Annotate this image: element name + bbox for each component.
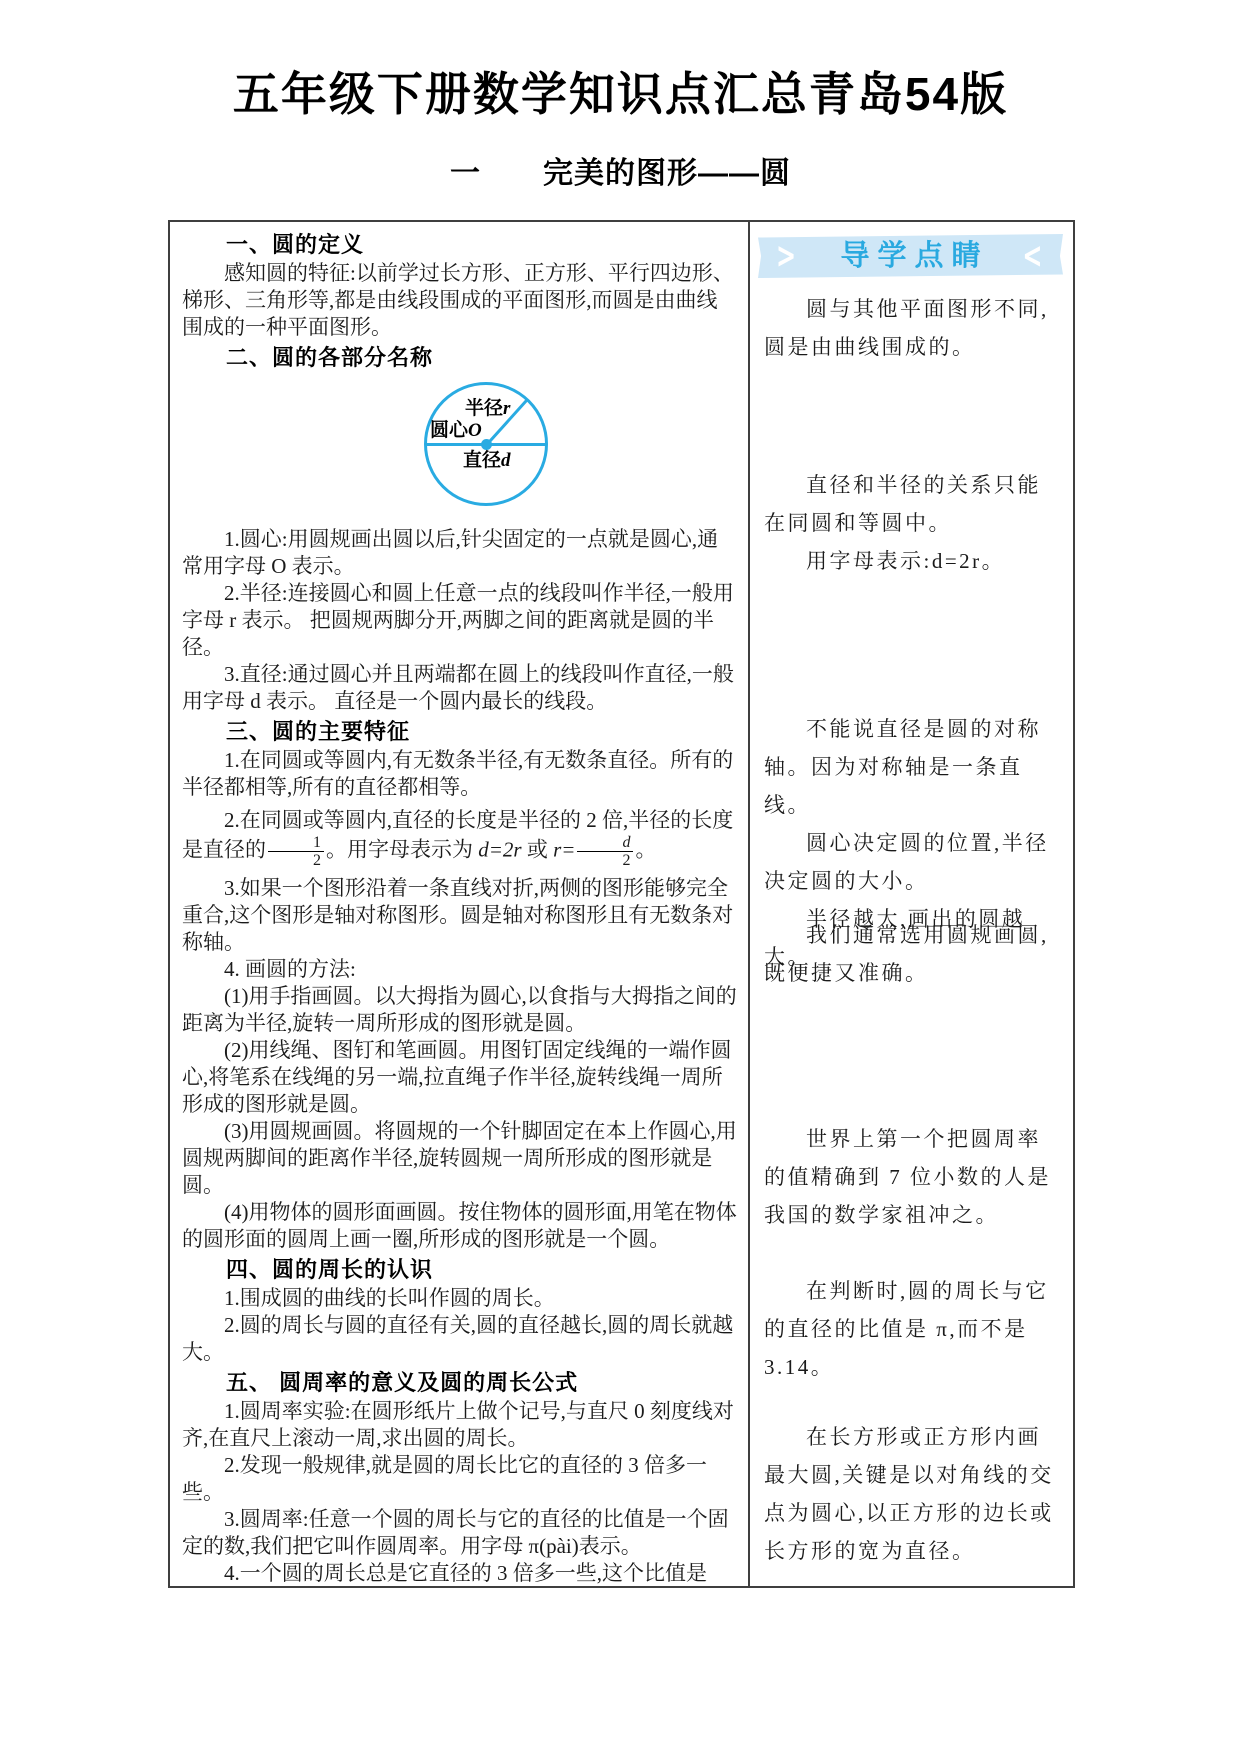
paragraph-circle-perception: 感知圆的特征:以前学过长方形、正方形、平行四边形、梯形、三角形等,都是由线段围成…: [182, 260, 738, 341]
section-heading-circle-features: 三、圆的主要特征: [182, 717, 738, 746]
paragraph-feature-1: 1.在同圆或等圆内,有无数条半径,有无数条直径。所有的半径都相等,所有的直径都相…: [182, 747, 738, 801]
sidebar-note-max-circle: 在长方形或正方形内画最大圆,关键是以对角线的交点为圆心,以正方形的边长或长方形的…: [750, 1418, 1073, 1570]
section-heading-pi: 五、 圆周率的意义及圆的周长公式: [182, 1368, 738, 1397]
center-label-cn: 圆心: [430, 420, 468, 441]
fraction-numerator: d: [577, 834, 633, 852]
sidebar-banner: > 导学点睛 <: [758, 234, 1063, 278]
paragraph-pi-definition: 3.圆周率:任意一个圆的周长与它的直径的比值是一个固定的数,我们把它叫作圆周率。…: [182, 1506, 738, 1560]
formula-text-or: 或: [522, 837, 554, 861]
chevron-left-icon: <: [1022, 238, 1045, 274]
fraction-numerator: 1: [268, 834, 324, 852]
main-column: 一、圆的定义 感知圆的特征:以前学过长方形、正方形、平行四边形、梯形、三角形等,…: [170, 222, 748, 1586]
center-label-var: O: [468, 420, 482, 441]
note-line: 用字母表示:d=2r。: [764, 542, 1059, 580]
paragraph-feature-2-formula: 2.在同圆或等圆内,直径的长度是半径的 2 倍,半径的长度是直径的12。用字母表…: [182, 801, 738, 875]
diameter-label: 直径d: [463, 451, 511, 471]
sidebar-note-compass: 我们通常选用圆规画圆,既便捷又准确。: [750, 916, 1073, 992]
paragraph-method-string: (2)用线绳、图钉和笔画圆。用图钉固定线绳的一端作圆心,将笔系在线绳的另一端,拉…: [182, 1037, 738, 1118]
note-line: 圆心决定圆的位置,半径决定圆的大小。: [764, 824, 1059, 900]
sidebar-note-pi-value: 在判断时,圆的周长与它的直径的比值是 π,而不是 3.14。: [750, 1272, 1073, 1386]
center-label: 圆心O: [430, 421, 482, 441]
note-line: 不能说直径是圆的对称轴。因为对称轴是一条直线。: [764, 710, 1059, 824]
paragraph-method-finger: (1)用手指画圆。以大拇指为圆心,以食指与大拇指之间的距离为半径,旋转一周所形成…: [182, 983, 738, 1037]
chevron-right-icon: >: [776, 238, 799, 274]
paragraph-pi-experiment: 1.圆周率实验:在圆形纸片上做个记号,与直尺 0 刻度线对齐,在直尺上滚动一周,…: [182, 1398, 738, 1452]
fraction-denominator: 2: [268, 852, 324, 869]
paragraph-drawing-methods: 4. 画圆的方法:: [182, 956, 738, 983]
note-line: 在长方形或正方形内画最大圆,关键是以对角线的交点为圆心,以正方形的边长或长方形的…: [764, 1418, 1059, 1570]
diameter-label-cn: 直径: [463, 450, 501, 471]
circle-shape: 半径r 圆心O 直径d: [424, 382, 548, 506]
paragraph-center-def: 1.圆心:用圆规画出圆以后,针尖固定的一点就是圆心,通常用字母 O 表示。: [182, 526, 738, 580]
note-line: 直径和半径的关系只能在同圆和等圆中。: [764, 466, 1059, 542]
sidebar-note-zuchongzhi: 世界上第一个把圆周率的值精确到 7 位小数的人是我国的数学家祖冲之。: [750, 1120, 1073, 1234]
section-heading-circle-definition: 一、圆的定义: [182, 230, 738, 259]
content-table: 一、圆的定义 感知圆的特征:以前学过长方形、正方形、平行四边形、梯形、三角形等,…: [168, 220, 1075, 1588]
paragraph-diameter-def: 3.直径:通过圆心并且两端都在圆上的线段叫作直径,一般用字母 d 表示。 直径是…: [182, 661, 738, 715]
paragraph-circumference-1: 1.围成圆的曲线的长叫作圆的周长。: [182, 1285, 738, 1312]
sidebar-column: > 导学点睛 < 圆与其他平面图形不同,圆是由曲线围成的。 直径和半径的关系只能…: [748, 222, 1073, 1586]
document-title: 五年级下册数学知识点汇总青岛54版: [0, 0, 1241, 124]
sidebar-banner-title: 导学点睛: [832, 234, 988, 278]
paragraph-feature-3: 3.如果一个图形沿着一条直线对折,两侧的图形能够完全重合,这个图形是轴对称图形。…: [182, 875, 738, 956]
paragraph-method-compass: (3)用圆规画圆。将圆规的一个针脚固定在本上作圆心,用圆规两脚间的距离作半径,旋…: [182, 1118, 738, 1199]
sidebar-note-d2r: 直径和半径的关系只能在同圆和等圆中。 用字母表示:d=2r。: [750, 466, 1073, 580]
diameter-label-var: d: [501, 450, 511, 471]
paragraph-method-object: (4)用物体的圆形面画圆。按住物体的圆形面,用笔在物体的圆形面的圆周上画一圈,所…: [182, 1199, 738, 1253]
note-line: 我们通常选用圆规画圆,既便捷又准确。: [764, 916, 1059, 992]
paragraph-pi-rule: 2.发现一般规律,就是圆的周长比它的直径的 3 倍多一些。: [182, 1452, 738, 1506]
center-dot: [481, 439, 492, 450]
formula-text-mid: 。用字母表示为: [326, 837, 478, 861]
fraction-d-over-2: d2: [577, 834, 633, 869]
section-heading-circle-parts: 二、圆的各部分名称: [182, 343, 738, 372]
radius-label-cn: 半径: [465, 398, 503, 419]
circle-diagram: 半径r 圆心O 直径d: [182, 374, 738, 524]
fraction-denominator: 2: [577, 852, 633, 869]
document-page: 五年级下册数学知识点汇总青岛54版 一 完美的图形——圆 一、圆的定义 感知圆的…: [0, 0, 1241, 1754]
note-line: 在判断时,圆的周长与它的直径的比值是 π,而不是 3.14。: [764, 1272, 1059, 1386]
paragraph-radius-def: 2.半径:连接圆心和圆上任意一点的线段叫作半径,一般用字母 r 表示。 把圆规两…: [182, 580, 738, 661]
section-heading-circumference: 四、圆的周长的认识: [182, 1255, 738, 1284]
radius-label-var: r: [503, 398, 510, 419]
note-line: 世界上第一个把圆周率的值精确到 7 位小数的人是我国的数学家祖冲之。: [764, 1120, 1059, 1234]
radius-label: 半径r: [465, 399, 510, 419]
paragraph-circumference-2: 2.圆的周长与圆的直径有关,圆的直径越长,圆的周长就越大。: [182, 1312, 738, 1366]
chapter-subtitle: 一 完美的图形——圆: [0, 148, 1241, 192]
paragraph-pi-ratio: 4.一个圆的周长总是它直径的 3 倍多一些,这个比值是: [182, 1560, 738, 1586]
fraction-one-half: 12: [268, 834, 324, 869]
sidebar-note-curve: 圆与其他平面图形不同,圆是由曲线围成的。: [750, 290, 1073, 366]
note-line: 圆与其他平面图形不同,圆是由曲线围成的。: [764, 290, 1059, 366]
formula-r-equals: r=: [553, 837, 575, 861]
formula-d-equals-2r: d=2r: [478, 837, 521, 861]
formula-text-end: 。: [635, 837, 656, 861]
